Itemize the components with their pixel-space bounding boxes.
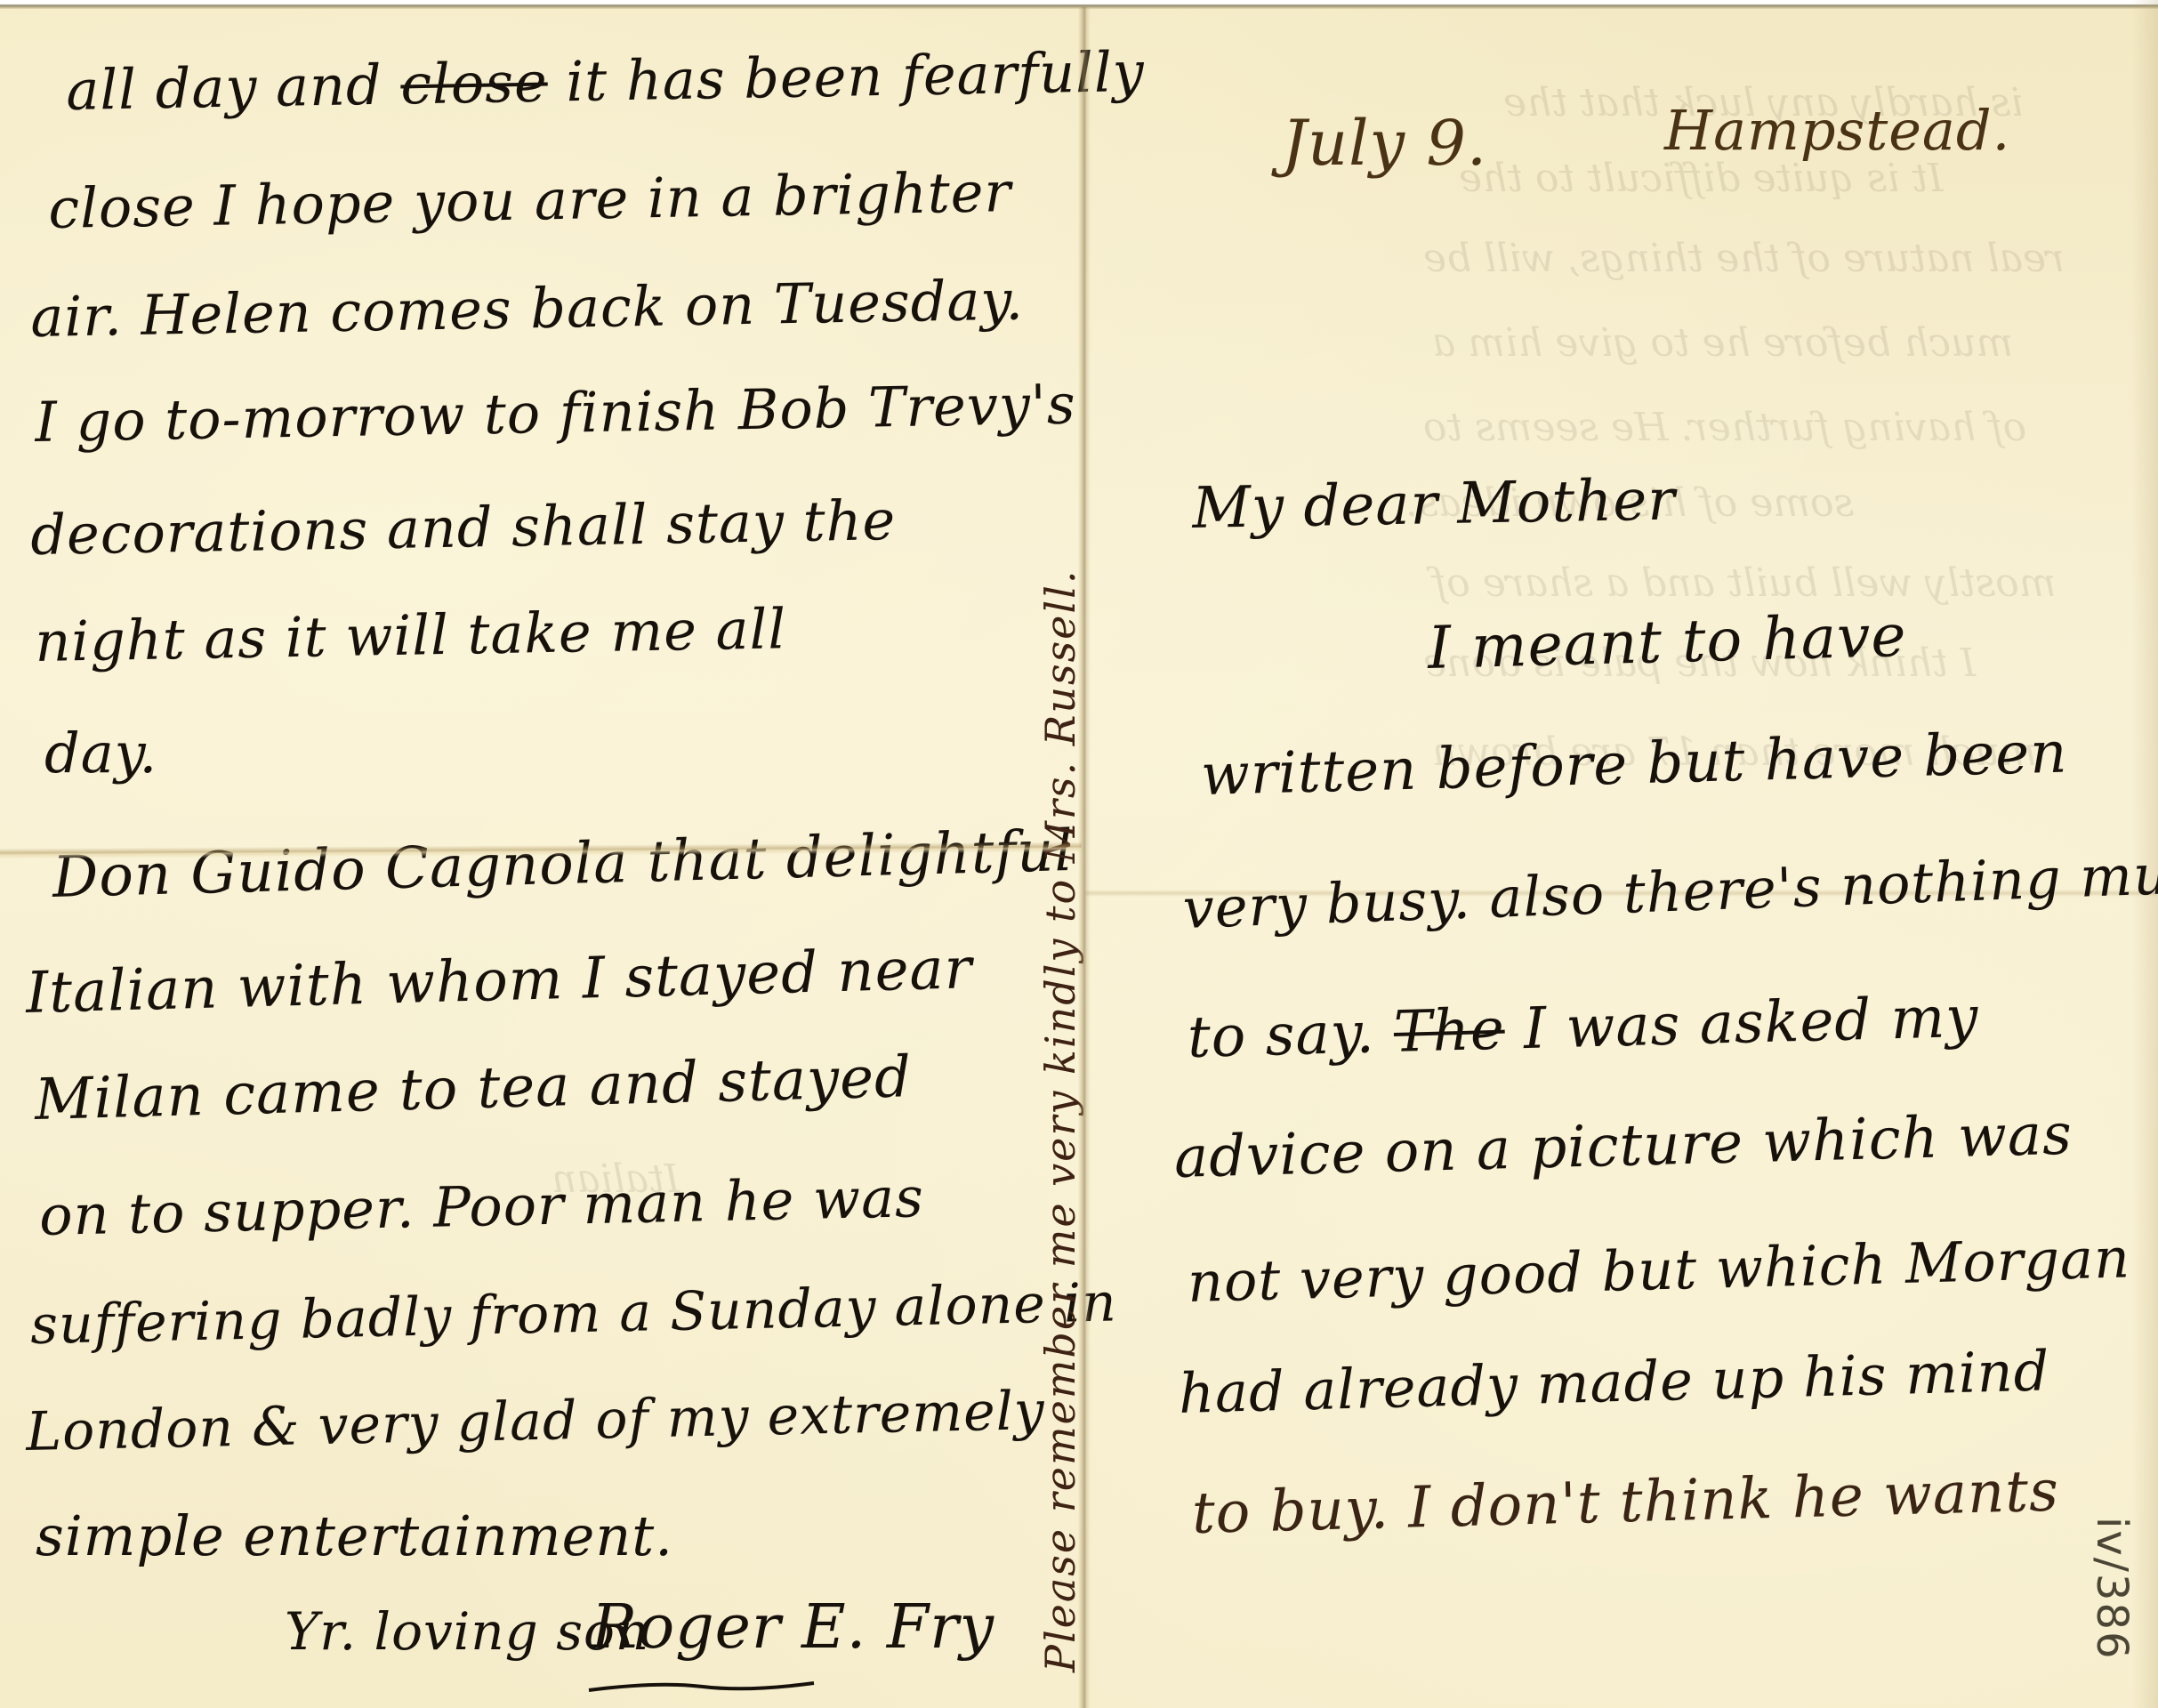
line-text: it has been fearfully <box>547 39 1145 115</box>
letter-place: Hampstead. <box>1664 98 2010 163</box>
signature-flourish <box>587 1680 818 1692</box>
letter-line: to buy. I don't think he wants <box>1191 1459 2060 1547</box>
letter-line: had already made up his mind <box>1178 1338 2050 1426</box>
letter-line: night as it will take me all <box>35 596 787 674</box>
letter-line: all day and close it has been fearfully <box>66 39 1146 123</box>
letter-line: Italian with whom I stayed near <box>25 936 973 1027</box>
line-text: all day and <box>66 52 401 123</box>
letter-date: July 9. <box>1282 107 1487 180</box>
center-fold <box>1078 7 1091 1708</box>
letter-line: advice on a picture which was <box>1173 1102 2073 1191</box>
letter-line: very busy. also there's nothing much <box>1181 840 2158 941</box>
letter-scan: is hardly any luck that the It is quite … <box>0 0 2158 1708</box>
letter-line: on to supper. Poor man he was <box>38 1164 924 1248</box>
letter-line: close I hope you are in a brighter <box>48 159 1012 241</box>
letter-line: not very good but which Morgan <box>1187 1225 2131 1315</box>
margin-note: Please remember me very kindly to Mrs. R… <box>1036 569 1084 1672</box>
line-text: to say. <box>1187 1000 1395 1071</box>
letter-line: Don Guido Cagnola that delightful <box>52 818 1075 911</box>
letter-line: written before but have been <box>1200 721 2068 809</box>
struck-word: The <box>1393 997 1506 1066</box>
letter-line: Milan came to tea and stayed <box>34 1044 913 1133</box>
letter-line: I go to-morrow to finish Bob Trevy's <box>35 372 1077 455</box>
letter-line: to say. The I was asked my <box>1187 985 1979 1071</box>
salutation: My dear Mother <box>1192 468 1677 542</box>
struck-word: close <box>400 50 549 117</box>
letter-line: decorations and shall stay the <box>30 487 897 568</box>
right-page: July 9. Hampstead. My dear Mother I mean… <box>1091 0 2158 1708</box>
letter-line: day. <box>44 721 157 786</box>
letter-line: air. Helen comes back on Tuesday. <box>30 268 1025 350</box>
archive-catalog-number: iv/386 <box>2087 1517 2137 1661</box>
letter-line: London & very glad of my extremely <box>26 1380 1046 1463</box>
letter-line: I meant to have <box>1427 601 1907 682</box>
letter-line: simple entertainment. <box>36 1503 673 1568</box>
line-text: I was asked my <box>1504 985 1980 1063</box>
signature: Roger E. Fry <box>592 1592 994 1663</box>
letter-line: suffering badly from a Sunday alone in <box>30 1271 1118 1357</box>
